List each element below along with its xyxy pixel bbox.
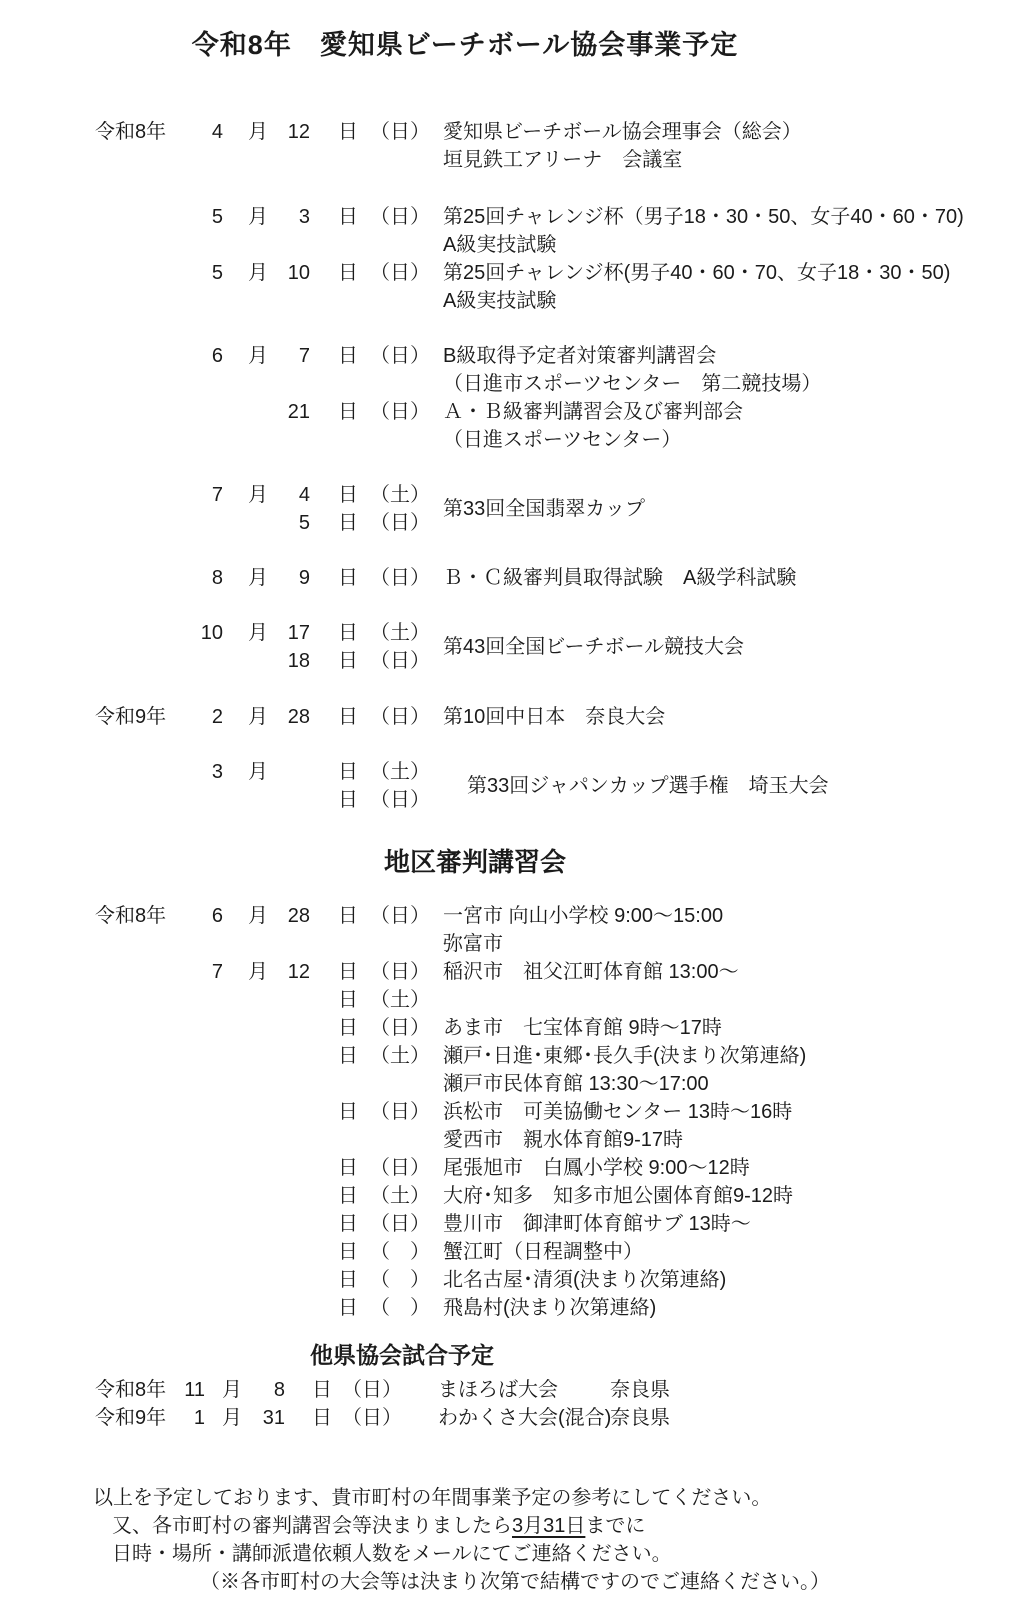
date-block: 日（ ） (95, 1294, 433, 1322)
footer-line-2-post: までに (585, 1515, 645, 1537)
schedule-row: 日（日）あま市 七宝体育館 9時～17時 (95, 1014, 1026, 1042)
month-number: 8 (200, 564, 228, 592)
day-number: 21 (268, 398, 312, 426)
event-line: 稲沢市 祖父江町体育館 13:00～ (443, 958, 739, 986)
schedule-row: 令和8年6月28日（日）一宮市 向山小学校 9:00～15:00弥富市 (95, 902, 1026, 958)
schedule-row: 日（日）豊川市 御津町体育館サブ 13時～ (95, 1210, 1026, 1238)
schedule-row: 令和9年1月31日（日）わかくさ大会(混合)奈良県 (95, 1404, 1026, 1432)
date-line: 10月17日（土） (95, 619, 433, 647)
month-label: 月 (207, 1376, 247, 1404)
date-line: 21日（日） (95, 398, 433, 426)
event-text: 第10回中日本 奈良大会 (443, 703, 665, 731)
month-number: 10 (200, 619, 228, 647)
event-line: 第25回チャレンジ杯(男子40・60・70、女子18・30・50) (443, 259, 950, 287)
date-block: 5月10日（日） (95, 259, 433, 287)
day-number (268, 1294, 312, 1322)
date-line: 8月9日（日） (95, 564, 433, 592)
month-number (200, 1182, 228, 1210)
event-text: 一宮市 向山小学校 9:00～15:00弥富市 (443, 902, 723, 958)
event-text: Ａ・Ｂ級審判講習会及び審判部会（日進スポーツセンター） (443, 398, 743, 454)
weekday-label: （日） (358, 118, 433, 146)
event-line: （日進スポーツセンター） (443, 426, 743, 454)
date-block: 日（ ） (95, 1266, 433, 1294)
day-number: 4 (268, 481, 312, 509)
day-label: 日 (312, 1098, 358, 1126)
era-label: 令和8年 (95, 1376, 180, 1404)
weekday-label: （日） (358, 1210, 433, 1238)
event-line: あま市 七宝体育館 9時～17時 (443, 1014, 722, 1042)
schedule-document: 令和8年 愛知県ビーチボール協会事業予定 令和8年4月12日（日）愛知県ビーチボ… (0, 0, 1026, 1596)
date-line: 日（日） (95, 786, 433, 814)
era-label (95, 398, 200, 426)
weekday-label: （日） (358, 703, 433, 731)
date-block: 5月3日（日） (95, 203, 433, 231)
section-other-prefecture-matches: 他県協会試合予定 令和8年11月8日（日）まほろば大会奈良県令和9年1月31日（… (0, 1340, 1026, 1432)
event-text: わかくさ大会(混合) (438, 1404, 610, 1432)
event-line: 大府･知多 知多市旭公園体育館9-12時 (443, 1182, 793, 1210)
event-line: Ａ・Ｂ級審判講習会及び審判部会 (443, 398, 743, 426)
schedule-row: 日（土） (95, 986, 1026, 1014)
day-number: 18 (268, 647, 312, 675)
date-line: 5日（日） (95, 509, 433, 537)
day-number: 7 (268, 342, 312, 370)
month-label: 月 (228, 259, 268, 287)
schedule-row: 令和8年11月8日（日）まほろば大会奈良県 (95, 1376, 1026, 1404)
era-label: 令和9年 (95, 1404, 180, 1432)
day-label: 日 (312, 1042, 358, 1070)
date-block: 令和8年11月8日（日） (95, 1376, 410, 1404)
month-number: 4 (200, 118, 228, 146)
weekday-label: （土） (358, 1182, 433, 1210)
month-label: 月 (228, 619, 268, 647)
date-line: 日（土） (95, 1042, 433, 1070)
event-text: 第25回チャレンジ杯(男子40・60・70、女子18・30・50)A級実技試験 (443, 259, 950, 315)
day-number (268, 986, 312, 1014)
date-block: 8月9日（日） (95, 564, 433, 592)
date-line: 日（土） (95, 986, 433, 1014)
month-label (228, 1098, 268, 1126)
weekday-label: （日） (332, 1404, 410, 1432)
day-label: 日 (312, 118, 358, 146)
event-text: 大府･知多 知多市旭公園体育館9-12時 (443, 1182, 793, 1210)
month-number (200, 1042, 228, 1070)
weekday-label: （日） (332, 1376, 410, 1404)
day-label: 日 (312, 619, 358, 647)
weekday-label: （日） (358, 958, 433, 986)
schedule-row: 6月7日（日）B級取得予定者対策審判講習会（日進市スポーツセンター 第二競技場） (95, 342, 1026, 398)
event-line: 飛島村(決まり次第連絡) (443, 1294, 656, 1322)
month-number (200, 1294, 228, 1322)
day-number: 10 (268, 259, 312, 287)
month-number: 7 (200, 958, 228, 986)
schedule-row: 日（ ）北名古屋･清須(決まり次第連絡) (95, 1266, 1026, 1294)
footer-line-2: 又、各市町村の審判講習会等決まりましたら3月31日までに (93, 1512, 1026, 1540)
day-label: 日 (312, 203, 358, 231)
month-number (200, 1238, 228, 1266)
day-number (268, 1210, 312, 1238)
date-line: 日（土） (95, 1182, 433, 1210)
event-text: 豊川市 御津町体育館サブ 13時～ (443, 1210, 751, 1238)
date-block: 6月7日（日） (95, 342, 433, 370)
date-line: 令和8年6月28日（日） (95, 902, 433, 930)
weekday-label: （ ） (358, 1294, 433, 1322)
schedule-row: 令和8年4月12日（日）愛知県ビーチボール協会理事会（総会）垣見鉄工アリーナ 会… (95, 118, 1026, 174)
date-line: 日（ ） (95, 1266, 433, 1294)
day-label: 日 (312, 509, 358, 537)
date-block: 7月12日（日） (95, 958, 433, 986)
day-label: 日 (312, 1294, 358, 1322)
event-text: 稲沢市 祖父江町体育館 13:00～ (443, 958, 739, 986)
date-line: 日（ ） (95, 1238, 433, 1266)
era-label (95, 509, 200, 537)
other-prefecture-rows: 令和8年11月8日（日）まほろば大会奈良県令和9年1月31日（日）わかくさ大会(… (0, 1376, 1026, 1432)
month-label: 月 (228, 703, 268, 731)
schedule-row: 10月17日（土）18日（日）第43回全国ビーチボール競技大会 (95, 619, 1026, 675)
era-label (95, 1014, 200, 1042)
month-label: 月 (228, 203, 268, 231)
day-label: 日 (291, 1376, 332, 1404)
date-block: 令和9年1月31日（日） (95, 1404, 410, 1432)
day-label: 日 (312, 481, 358, 509)
section-heading-district: 地区審判講習会 (0, 845, 950, 879)
weekday-label: （日） (358, 203, 433, 231)
event-text: B級取得予定者対策審判講習会（日進市スポーツセンター 第二競技場） (443, 342, 821, 398)
event-line: 愛西市 親水体育館9-17時 (443, 1126, 792, 1154)
month-number: 1 (180, 1404, 207, 1432)
weekday-label: （日） (358, 786, 433, 814)
date-block: 日（日） (95, 1210, 433, 1238)
event-text: 第33回ジャパンカップ選手権 埼玉大会 (443, 772, 829, 800)
day-label: 日 (312, 786, 358, 814)
day-number: 17 (268, 619, 312, 647)
weekday-label: （土） (358, 986, 433, 1014)
era-label (95, 564, 200, 592)
event-line: 尾張旭市 白鳳小学校 9:00～12時 (443, 1154, 750, 1182)
event-line: 浜松市 可美協働センター 13時～16時 (443, 1098, 792, 1126)
schedule-row: 21日（日）Ａ・Ｂ級審判講習会及び審判部会（日進スポーツセンター） (95, 398, 1026, 454)
day-label: 日 (312, 1238, 358, 1266)
date-line: 日（日） (95, 1154, 433, 1182)
day-number (268, 1014, 312, 1042)
day-label: 日 (312, 986, 358, 1014)
day-number: 28 (268, 703, 312, 731)
main-schedule-rows: 令和8年4月12日（日）愛知県ビーチボール協会理事会（総会）垣見鉄工アリーナ 会… (0, 118, 1026, 814)
event-text: 愛知県ビーチボール協会理事会（総会）垣見鉄工アリーナ 会議室 (443, 118, 802, 174)
day-label: 日 (312, 342, 358, 370)
date-block: 日（ ） (95, 1238, 433, 1266)
event-line: 垣見鉄工アリーナ 会議室 (443, 146, 802, 174)
event-text: まほろば大会 (438, 1376, 610, 1404)
event-text: 第33回全国翡翠カップ (443, 495, 645, 523)
weekday-label: （日） (358, 342, 433, 370)
day-number: 9 (268, 564, 312, 592)
date-block: 3月日（土）日（日） (95, 758, 433, 814)
day-label: 日 (312, 1266, 358, 1294)
era-label: 令和8年 (95, 902, 200, 930)
date-block: 令和9年2月28日（日） (95, 703, 433, 731)
event-line: 愛知県ビーチボール協会理事会（総会） (443, 118, 802, 146)
day-number: 3 (268, 203, 312, 231)
day-label: 日 (312, 958, 358, 986)
event-line: 第33回ジャパンカップ選手権 埼玉大会 (467, 772, 829, 800)
deadline-date: 3月31日 (512, 1515, 585, 1537)
schedule-row: 日（ ）飛島村(決まり次第連絡) (95, 1294, 1026, 1322)
day-number: 31 (247, 1404, 291, 1432)
era-label (95, 1266, 200, 1294)
weekday-label: （ ） (358, 1266, 433, 1294)
era-label (95, 1182, 200, 1210)
date-block: 日（土） (95, 1042, 433, 1070)
event-line: 第25回チャレンジ杯（男子18・30・50、女子40・60・70) (443, 203, 964, 231)
schedule-row: 令和9年2月28日（日）第10回中日本 奈良大会 (95, 703, 1026, 731)
section-heading-other: 他県協会試合予定 (0, 1340, 804, 1370)
month-label (228, 647, 268, 675)
month-number: 5 (200, 203, 228, 231)
weekday-label: （日） (358, 259, 433, 287)
day-number (268, 786, 312, 814)
event-line: 第10回中日本 奈良大会 (443, 703, 665, 731)
month-label (228, 1210, 268, 1238)
date-block: 日（日） (95, 1098, 433, 1126)
event-line: 豊川市 御津町体育館サブ 13時～ (443, 1210, 751, 1238)
day-number (268, 1042, 312, 1070)
prefecture-label: 奈良県 (610, 1404, 670, 1432)
date-line: 5月10日（日） (95, 259, 433, 287)
date-block: 令和8年6月28日（日） (95, 902, 433, 930)
date-block: 日（日） (95, 1014, 433, 1042)
month-number (200, 398, 228, 426)
era-label: 令和8年 (95, 118, 200, 146)
month-number (200, 1098, 228, 1126)
day-number (268, 758, 312, 786)
footer-line-1: 以上を予定しております、貴市町村の年間事業予定の参考にしてください。 (93, 1484, 1026, 1512)
weekday-label: （日） (358, 647, 433, 675)
weekday-label: （土） (358, 481, 433, 509)
day-label: 日 (312, 259, 358, 287)
day-label: 日 (312, 1210, 358, 1238)
month-label: 月 (228, 758, 268, 786)
month-label: 月 (228, 902, 268, 930)
date-line: 6月7日（日） (95, 342, 433, 370)
section-main-schedule: 令和8年4月12日（日）愛知県ビーチボール協会理事会（総会）垣見鉄工アリーナ 会… (0, 118, 1026, 814)
month-label (228, 986, 268, 1014)
month-label (228, 1154, 268, 1182)
event-line: 北名古屋･清須(決まり次第連絡) (443, 1266, 726, 1294)
event-line: わかくさ大会(混合) (438, 1404, 610, 1432)
district-rows: 令和8年6月28日（日）一宮市 向山小学校 9:00～15:00弥富市7月12日… (0, 902, 1026, 1322)
date-line: 令和8年4月12日（日） (95, 118, 433, 146)
event-line: A級実技試験 (443, 231, 964, 259)
schedule-row: 7月4日（土）5日（日）第33回全国翡翠カップ (95, 481, 1026, 537)
schedule-row: 7月12日（日）稲沢市 祖父江町体育館 13:00～ (95, 958, 1026, 986)
era-label (95, 619, 200, 647)
date-line: 日（日） (95, 1210, 433, 1238)
day-label: 日 (312, 1182, 358, 1210)
day-label: 日 (312, 564, 358, 592)
event-text: 浜松市 可美協働センター 13時～16時愛西市 親水体育館9-17時 (443, 1098, 792, 1154)
month-label (228, 1294, 268, 1322)
date-line: 令和8年11月8日（日） (95, 1376, 410, 1404)
month-label (228, 1014, 268, 1042)
month-number (200, 1014, 228, 1042)
date-block: 日（土） (95, 986, 433, 1014)
day-label: 日 (312, 703, 358, 731)
footer-line-3: 日時・場所・講師派遣依頼人数をメールにてご連絡ください。 (93, 1540, 1026, 1568)
month-label: 月 (228, 958, 268, 986)
footer-line-4: （※各市町村の大会等は決まり次第で結構ですのでご連絡ください。） (93, 1568, 1026, 1596)
day-number: 5 (268, 509, 312, 537)
day-label: 日 (312, 398, 358, 426)
day-label: 日 (312, 758, 358, 786)
era-label: 令和9年 (95, 703, 200, 731)
schedule-row: 3月日（土）日（日）第33回ジャパンカップ選手権 埼玉大会 (95, 758, 1026, 814)
day-label: 日 (312, 647, 358, 675)
event-line: 瀬戸市民体育館 13:30～17:00 (443, 1070, 806, 1098)
day-label: 日 (291, 1404, 332, 1432)
event-line: （日進市スポーツセンター 第二競技場） (443, 370, 821, 398)
event-text: Ｂ・Ｃ級審判員取得試験 A級学科試験 (443, 564, 796, 592)
section-district-referee-course: 地区審判講習会 令和8年6月28日（日）一宮市 向山小学校 9:00～15:00… (0, 845, 1026, 1322)
month-number: 7 (200, 481, 228, 509)
date-line: 3月日（土） (95, 758, 433, 786)
schedule-row: 日（ ）蟹江町（日程調整中） (95, 1238, 1026, 1266)
weekday-label: （日） (358, 509, 433, 537)
footer-line-2-pre: 又、各市町村の審判講習会等決まりましたら (112, 1515, 512, 1537)
day-number: 12 (268, 958, 312, 986)
era-label (95, 259, 200, 287)
event-line: 弥富市 (443, 930, 723, 958)
schedule-row: 日（土）瀬戸･日進･東郷･長久手(決まり次第連絡)瀬戸市民体育館 13:30～1… (95, 1042, 1026, 1098)
era-label (95, 647, 200, 675)
month-label (228, 509, 268, 537)
weekday-label: （ ） (358, 1238, 433, 1266)
event-text: 第43回全国ビーチボール競技大会 (443, 633, 744, 661)
month-number: 5 (200, 259, 228, 287)
month-number: 2 (200, 703, 228, 731)
event-line: 第33回全国翡翠カップ (443, 495, 645, 523)
day-number (268, 1098, 312, 1126)
date-line: 7月4日（土） (95, 481, 433, 509)
era-label (95, 1154, 200, 1182)
month-label (228, 1182, 268, 1210)
schedule-row: 5月10日（日）第25回チャレンジ杯(男子40・60・70、女子18・30・50… (95, 259, 1026, 315)
event-text: 瀬戸･日進･東郷･長久手(決まり次第連絡)瀬戸市民体育館 13:30～17:00 (443, 1042, 806, 1098)
date-block: 7月4日（土）5日（日） (95, 481, 433, 537)
weekday-label: （日） (358, 398, 433, 426)
day-number (268, 1238, 312, 1266)
era-label (95, 958, 200, 986)
day-number (268, 1154, 312, 1182)
date-block: 日（日） (95, 1154, 433, 1182)
date-line: 日（日） (95, 1014, 433, 1042)
page-title: 令和8年 愛知県ビーチボール協会事業予定 (0, 28, 930, 62)
month-label: 月 (228, 481, 268, 509)
weekday-label: （土） (358, 758, 433, 786)
era-label (95, 203, 200, 231)
month-label (228, 1238, 268, 1266)
event-text: 蟹江町（日程調整中） (443, 1238, 643, 1266)
day-number: 28 (268, 902, 312, 930)
era-label (95, 1042, 200, 1070)
event-line: 蟹江町（日程調整中） (443, 1238, 643, 1266)
era-label (95, 1098, 200, 1126)
month-number (200, 647, 228, 675)
event-line: B級取得予定者対策審判講習会 (443, 342, 821, 370)
month-number: 6 (200, 342, 228, 370)
date-block: 21日（日） (95, 398, 433, 426)
era-label (95, 481, 200, 509)
month-label: 月 (228, 118, 268, 146)
month-label (228, 1042, 268, 1070)
date-line: 日（日） (95, 1098, 433, 1126)
day-number: 8 (247, 1376, 291, 1404)
date-line: 令和9年1月31日（日） (95, 1404, 410, 1432)
day-label: 日 (312, 902, 358, 930)
month-number (200, 509, 228, 537)
weekday-label: （日） (358, 564, 433, 592)
month-label (228, 1266, 268, 1294)
date-line: 令和9年2月28日（日） (95, 703, 433, 731)
event-line: 第43回全国ビーチボール競技大会 (443, 633, 744, 661)
weekday-label: （土） (358, 619, 433, 647)
schedule-row: 日（日）浜松市 可美協働センター 13時～16時愛西市 親水体育館9-17時 (95, 1098, 1026, 1154)
month-number (200, 786, 228, 814)
date-line: 18日（日） (95, 647, 433, 675)
month-label: 月 (228, 564, 268, 592)
day-number (268, 1182, 312, 1210)
date-block: 日（土） (95, 1182, 433, 1210)
event-text: 第25回チャレンジ杯（男子18・30・50、女子40・60・70)A級実技試験 (443, 203, 964, 259)
month-label (228, 786, 268, 814)
schedule-row: 8月9日（日）Ｂ・Ｃ級審判員取得試験 A級学科試験 (95, 564, 1026, 592)
weekday-label: （土） (358, 1042, 433, 1070)
event-text: 尾張旭市 白鳳小学校 9:00～12時 (443, 1154, 750, 1182)
month-label: 月 (228, 342, 268, 370)
month-number (200, 1154, 228, 1182)
day-label: 日 (312, 1014, 358, 1042)
footer-notes: 以上を予定しております、貴市町村の年間事業予定の参考にしてください。 又、各市町… (0, 1484, 1026, 1596)
era-label (95, 342, 200, 370)
era-label (95, 1238, 200, 1266)
era-label (95, 1210, 200, 1238)
era-label (95, 1294, 200, 1322)
month-number: 3 (200, 758, 228, 786)
schedule-row: 5月3日（日）第25回チャレンジ杯（男子18・30・50、女子40・60・70)… (95, 203, 1026, 259)
day-number (268, 1266, 312, 1294)
event-line: まほろば大会 (438, 1376, 610, 1404)
event-line: Ｂ・Ｃ級審判員取得試験 A級学科試験 (443, 564, 796, 592)
event-text: あま市 七宝体育館 9時～17時 (443, 1014, 722, 1042)
month-number (200, 986, 228, 1014)
month-number: 6 (200, 902, 228, 930)
era-label (95, 986, 200, 1014)
weekday-label: （日） (358, 1014, 433, 1042)
weekday-label: （日） (358, 902, 433, 930)
day-label: 日 (312, 1154, 358, 1182)
month-number (200, 1266, 228, 1294)
month-label (228, 398, 268, 426)
event-line: 瀬戸･日進･東郷･長久手(決まり次第連絡) (443, 1042, 806, 1070)
month-number (200, 1210, 228, 1238)
schedule-row: 日（日）尾張旭市 白鳳小学校 9:00～12時 (95, 1154, 1026, 1182)
event-line: 一宮市 向山小学校 9:00～15:00 (443, 902, 723, 930)
day-number: 12 (268, 118, 312, 146)
date-line: 5月3日（日） (95, 203, 433, 231)
era-label (95, 786, 200, 814)
date-line: 日（ ） (95, 1294, 433, 1322)
date-block: 10月17日（土）18日（日） (95, 619, 433, 675)
weekday-label: （日） (358, 1154, 433, 1182)
